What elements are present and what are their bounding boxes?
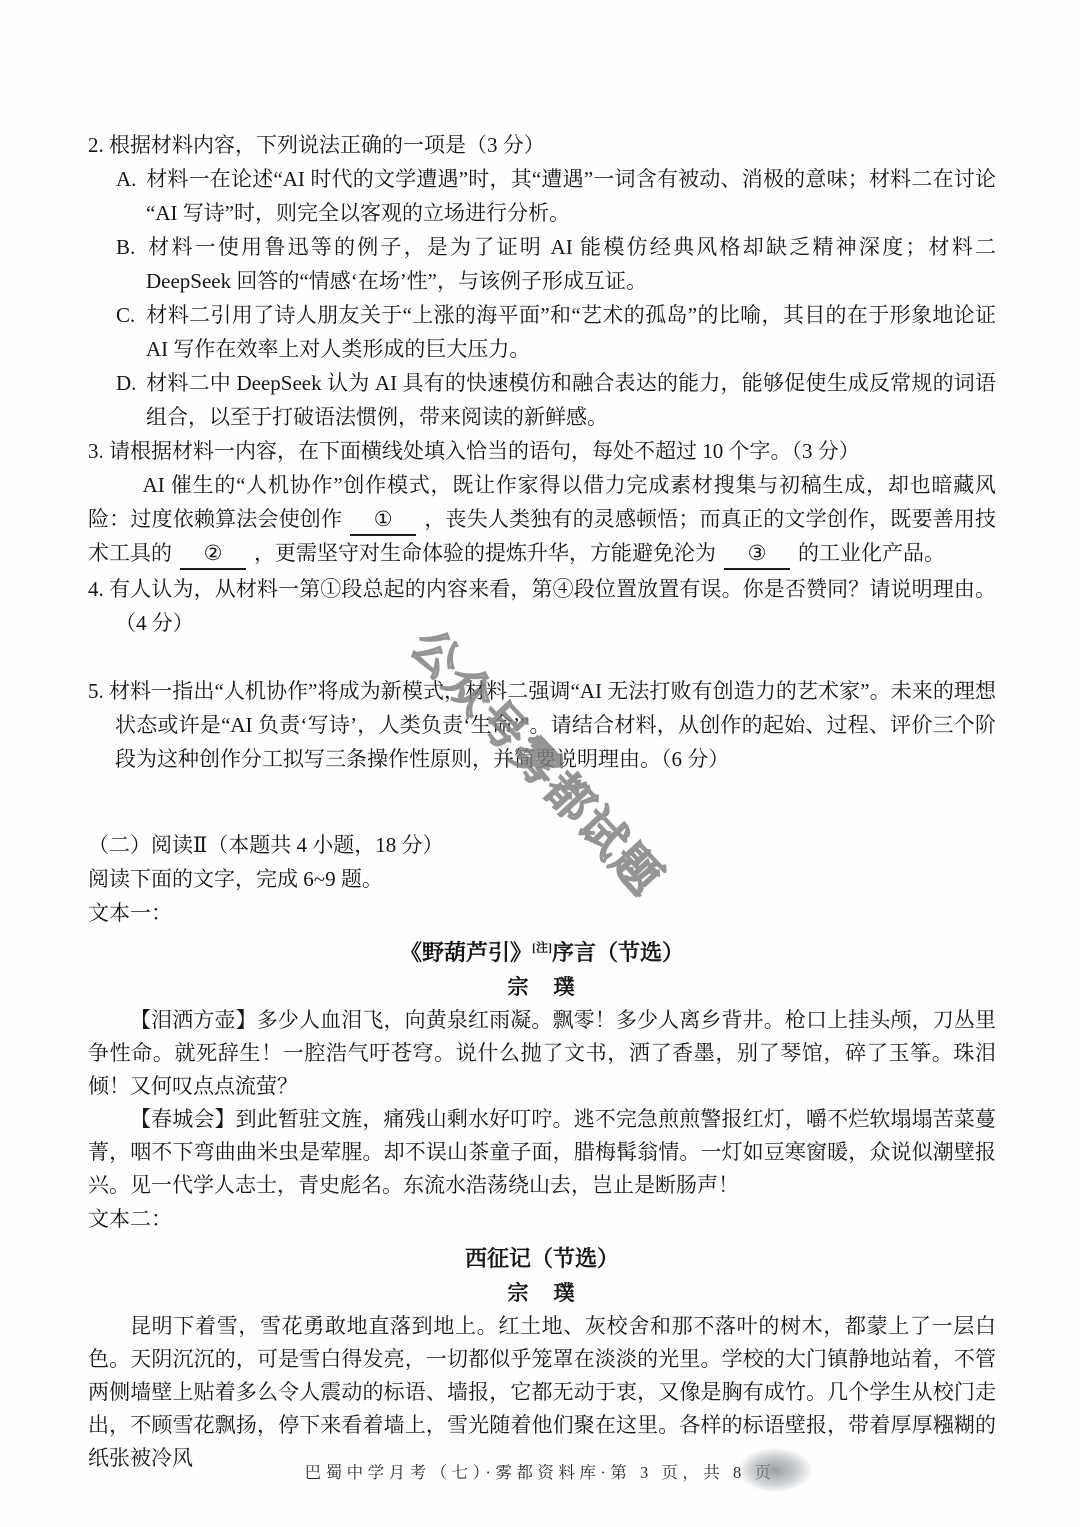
text-1-author: 宗 璞 <box>88 970 996 1004</box>
text-1-title-note-marker: [注] <box>532 941 552 955</box>
text-2-author: 宗 璞 <box>88 1276 996 1310</box>
option-b-text: 材料一使用鲁迅等的例子，是为了证明 AI 能模仿经典风格却缺乏精神深度；材料二 … <box>146 235 996 293</box>
fill-blank-2: ② <box>180 538 246 570</box>
option-a-label: A. <box>116 162 146 196</box>
option-a-text: 材料一在论述“AI 时代的文学遭遇”时，其“遭遇”一词含有被动、消极的意味；材料… <box>146 167 996 225</box>
text-2-label: 文本二： <box>88 1202 996 1236</box>
page-footer: 巴蜀中学月考（七）·雾都资料库·第 3 页，共 8 页 <box>0 1456 1080 1490</box>
option-d-text: 材料二中 DeepSeek 认为 AI 具有的快速模仿和融合表达的能力，能够促使… <box>146 371 996 429</box>
fill-segment-3: ，更需坚守对生命体验的提炼升华，方能避免沦为 <box>254 541 716 565</box>
option-d-label: D. <box>116 366 146 400</box>
question-2-option-a: A.材料一在论述“AI 时代的文学遭遇”时，其“遭遇”一词含有被动、消极的意味；… <box>146 162 996 230</box>
text-1-title-rest: 序言（节选） <box>552 940 684 965</box>
question-3-fill-paragraph: AI 催生的“人机协作”创作模式，既让作家得以借力完成素材搜集与初稿生成，却也暗… <box>88 468 996 570</box>
text-2-paragraph-1: 昆明下着雪，雪花勇敢地直落到地上。红土地、灰校舍和那不落叶的树木，都蒙上了一层白… <box>88 1310 996 1475</box>
question-5-stem: 5. 材料一指出“人机协作”将成为新模式，材料二强调“AI 无法打败有创造力的艺… <box>88 674 996 776</box>
fill-segment-4: 的工业化产品。 <box>798 541 945 565</box>
fill-blank-1: ① <box>350 504 416 536</box>
question-4-stem: 4. 有人认为，从材料一第①段总起的内容来看，第④段位置放置有误。你是否赞同？请… <box>88 572 996 640</box>
option-c-text: 材料二引用了诗人朋友关于“上涨的海平面”和“艺术的孤岛”的比喻，其目的在于形象地… <box>146 303 996 361</box>
question-2-stem: 2. 根据材料内容，下列说法正确的一项是（3 分） <box>88 128 996 162</box>
text-1-title-main: 《野葫芦引》 <box>400 940 532 965</box>
question-2-options: A.材料一在论述“AI 时代的文学遭遇”时，其“遭遇”一词含有被动、消极的意味；… <box>88 162 996 434</box>
text-1-paragraph-2: 【春城会】到此暂驻文旌，痛残山剩水好叮咛。逃不完急煎煎警报红灯，嚼不烂软塌塌苦菜… <box>88 1103 996 1202</box>
fill-blank-3: ③ <box>724 538 790 570</box>
section-2-heading: （二）阅读Ⅱ（本题共 4 小题，18 分） <box>88 828 996 862</box>
text-2-title: 西征记（节选） <box>88 1242 996 1276</box>
question-3-stem: 3. 请根据材料一内容，在下面横线处填入恰当的语句，每处不超过 10 个字。（3… <box>88 434 996 468</box>
text-1-paragraph-1: 【泪洒方壶】多少人血泪飞，向黄泉红雨凝。飘零！多少人离乡背井。枪口上挂头颅，刀丛… <box>88 1004 996 1103</box>
section-2-instruction: 阅读下面的文字，完成 6~9 题。 <box>88 862 996 896</box>
exam-page: 公众号雾都试题 2. 根据材料内容，下列说法正确的一项是（3 分） A.材料一在… <box>0 0 1080 1527</box>
page-content: 2. 根据材料内容，下列说法正确的一项是（3 分） A.材料一在论述“AI 时代… <box>88 128 996 1475</box>
option-c-label: C. <box>116 298 146 332</box>
question-2-option-c: C.材料二引用了诗人朋友关于“上涨的海平面”和“艺术的孤岛”的比喻，其目的在于形… <box>146 298 996 366</box>
question-2-option-b: B.材料一使用鲁迅等的例子，是为了证明 AI 能模仿经典风格却缺乏精神深度；材料… <box>146 230 996 298</box>
text-1-label: 文本一： <box>88 896 996 930</box>
option-b-label: B. <box>116 230 146 264</box>
question-2-option-d: D.材料二中 DeepSeek 认为 AI 具有的快速模仿和融合表达的能力，能够… <box>146 366 996 434</box>
text-1-title: 《野葫芦引》[注]序言（节选） <box>88 936 996 970</box>
